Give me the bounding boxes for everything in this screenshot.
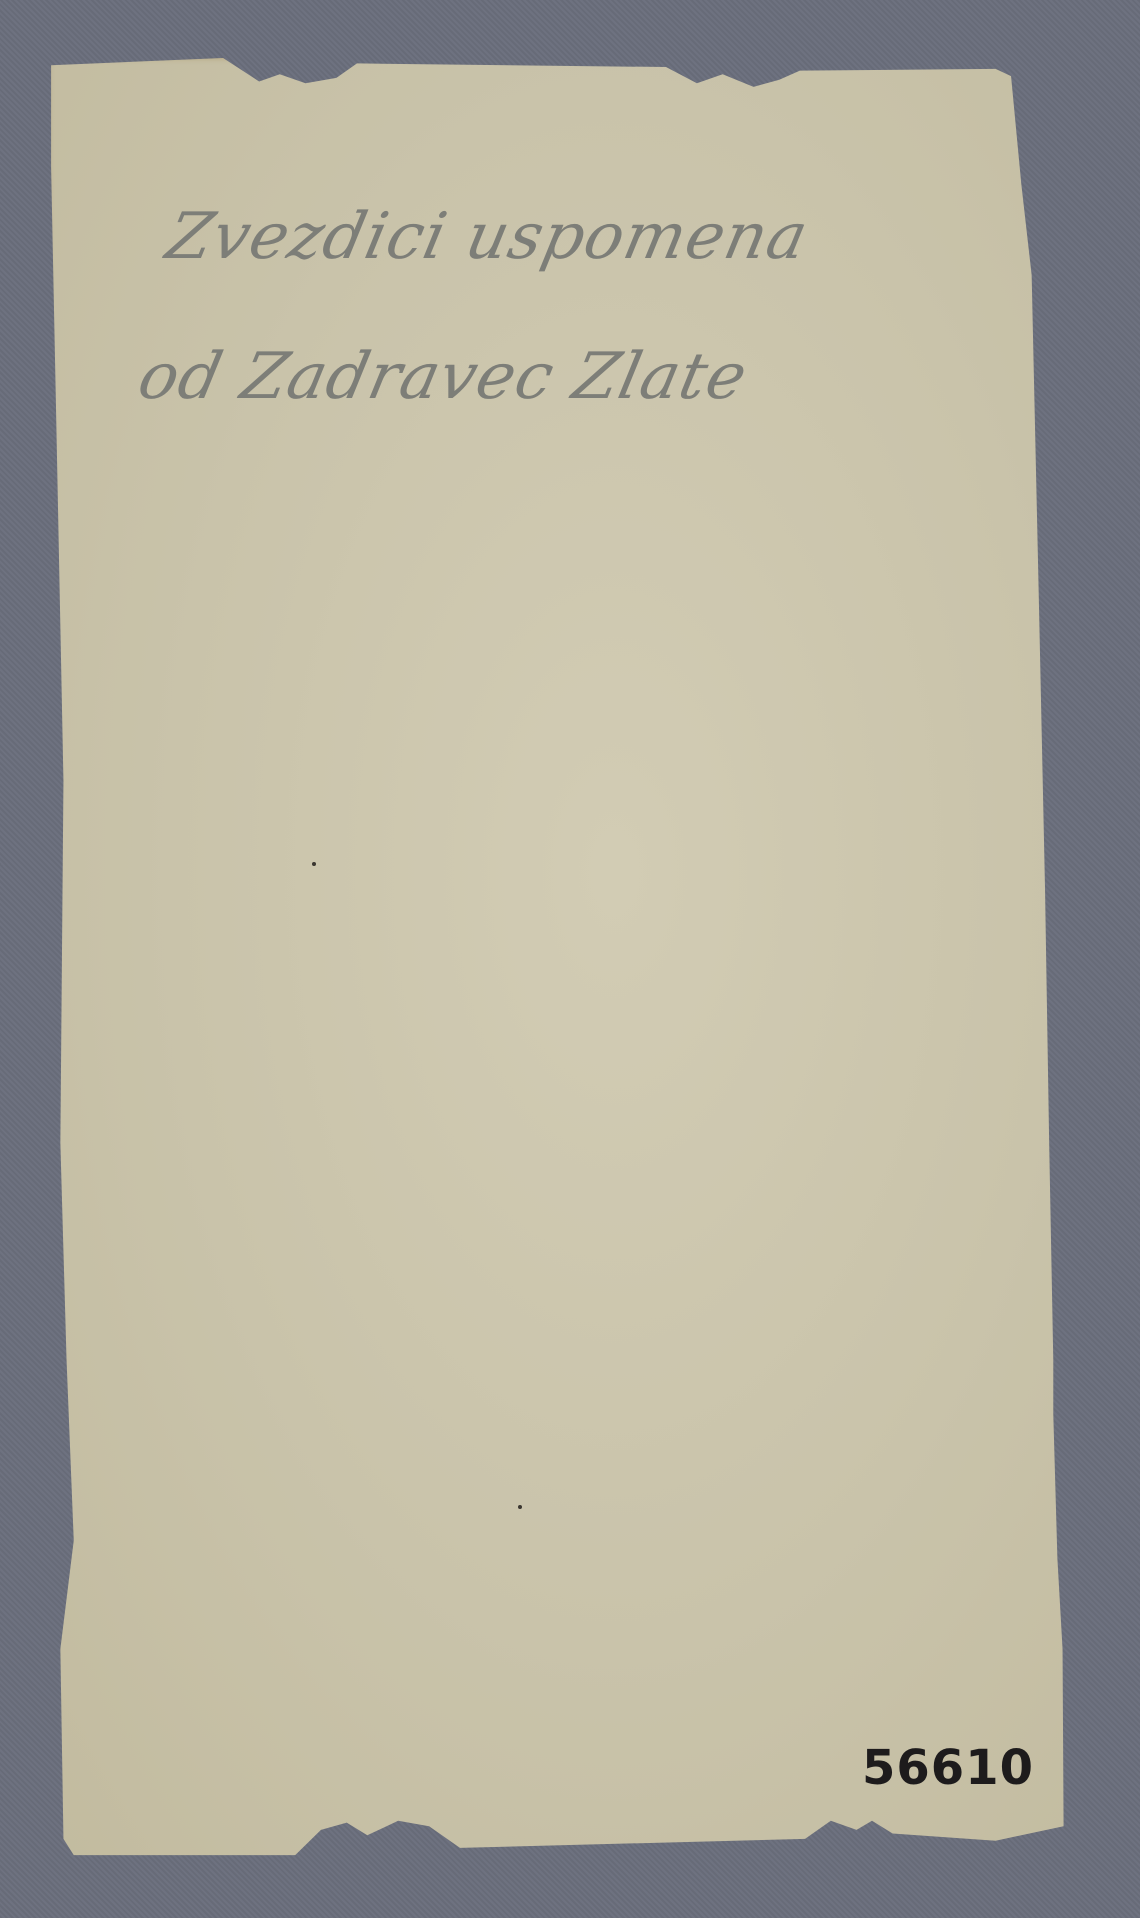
inventory-number: 56610 (862, 1740, 1034, 1796)
paper-speck (312, 862, 316, 866)
inscription-line-1: Zvezdici uspomena (160, 200, 815, 274)
paper-speck (518, 1505, 522, 1509)
inscription-line-2: od Zadravec Zlate (132, 340, 754, 414)
holy-card-reverse (48, 58, 1078, 1866)
